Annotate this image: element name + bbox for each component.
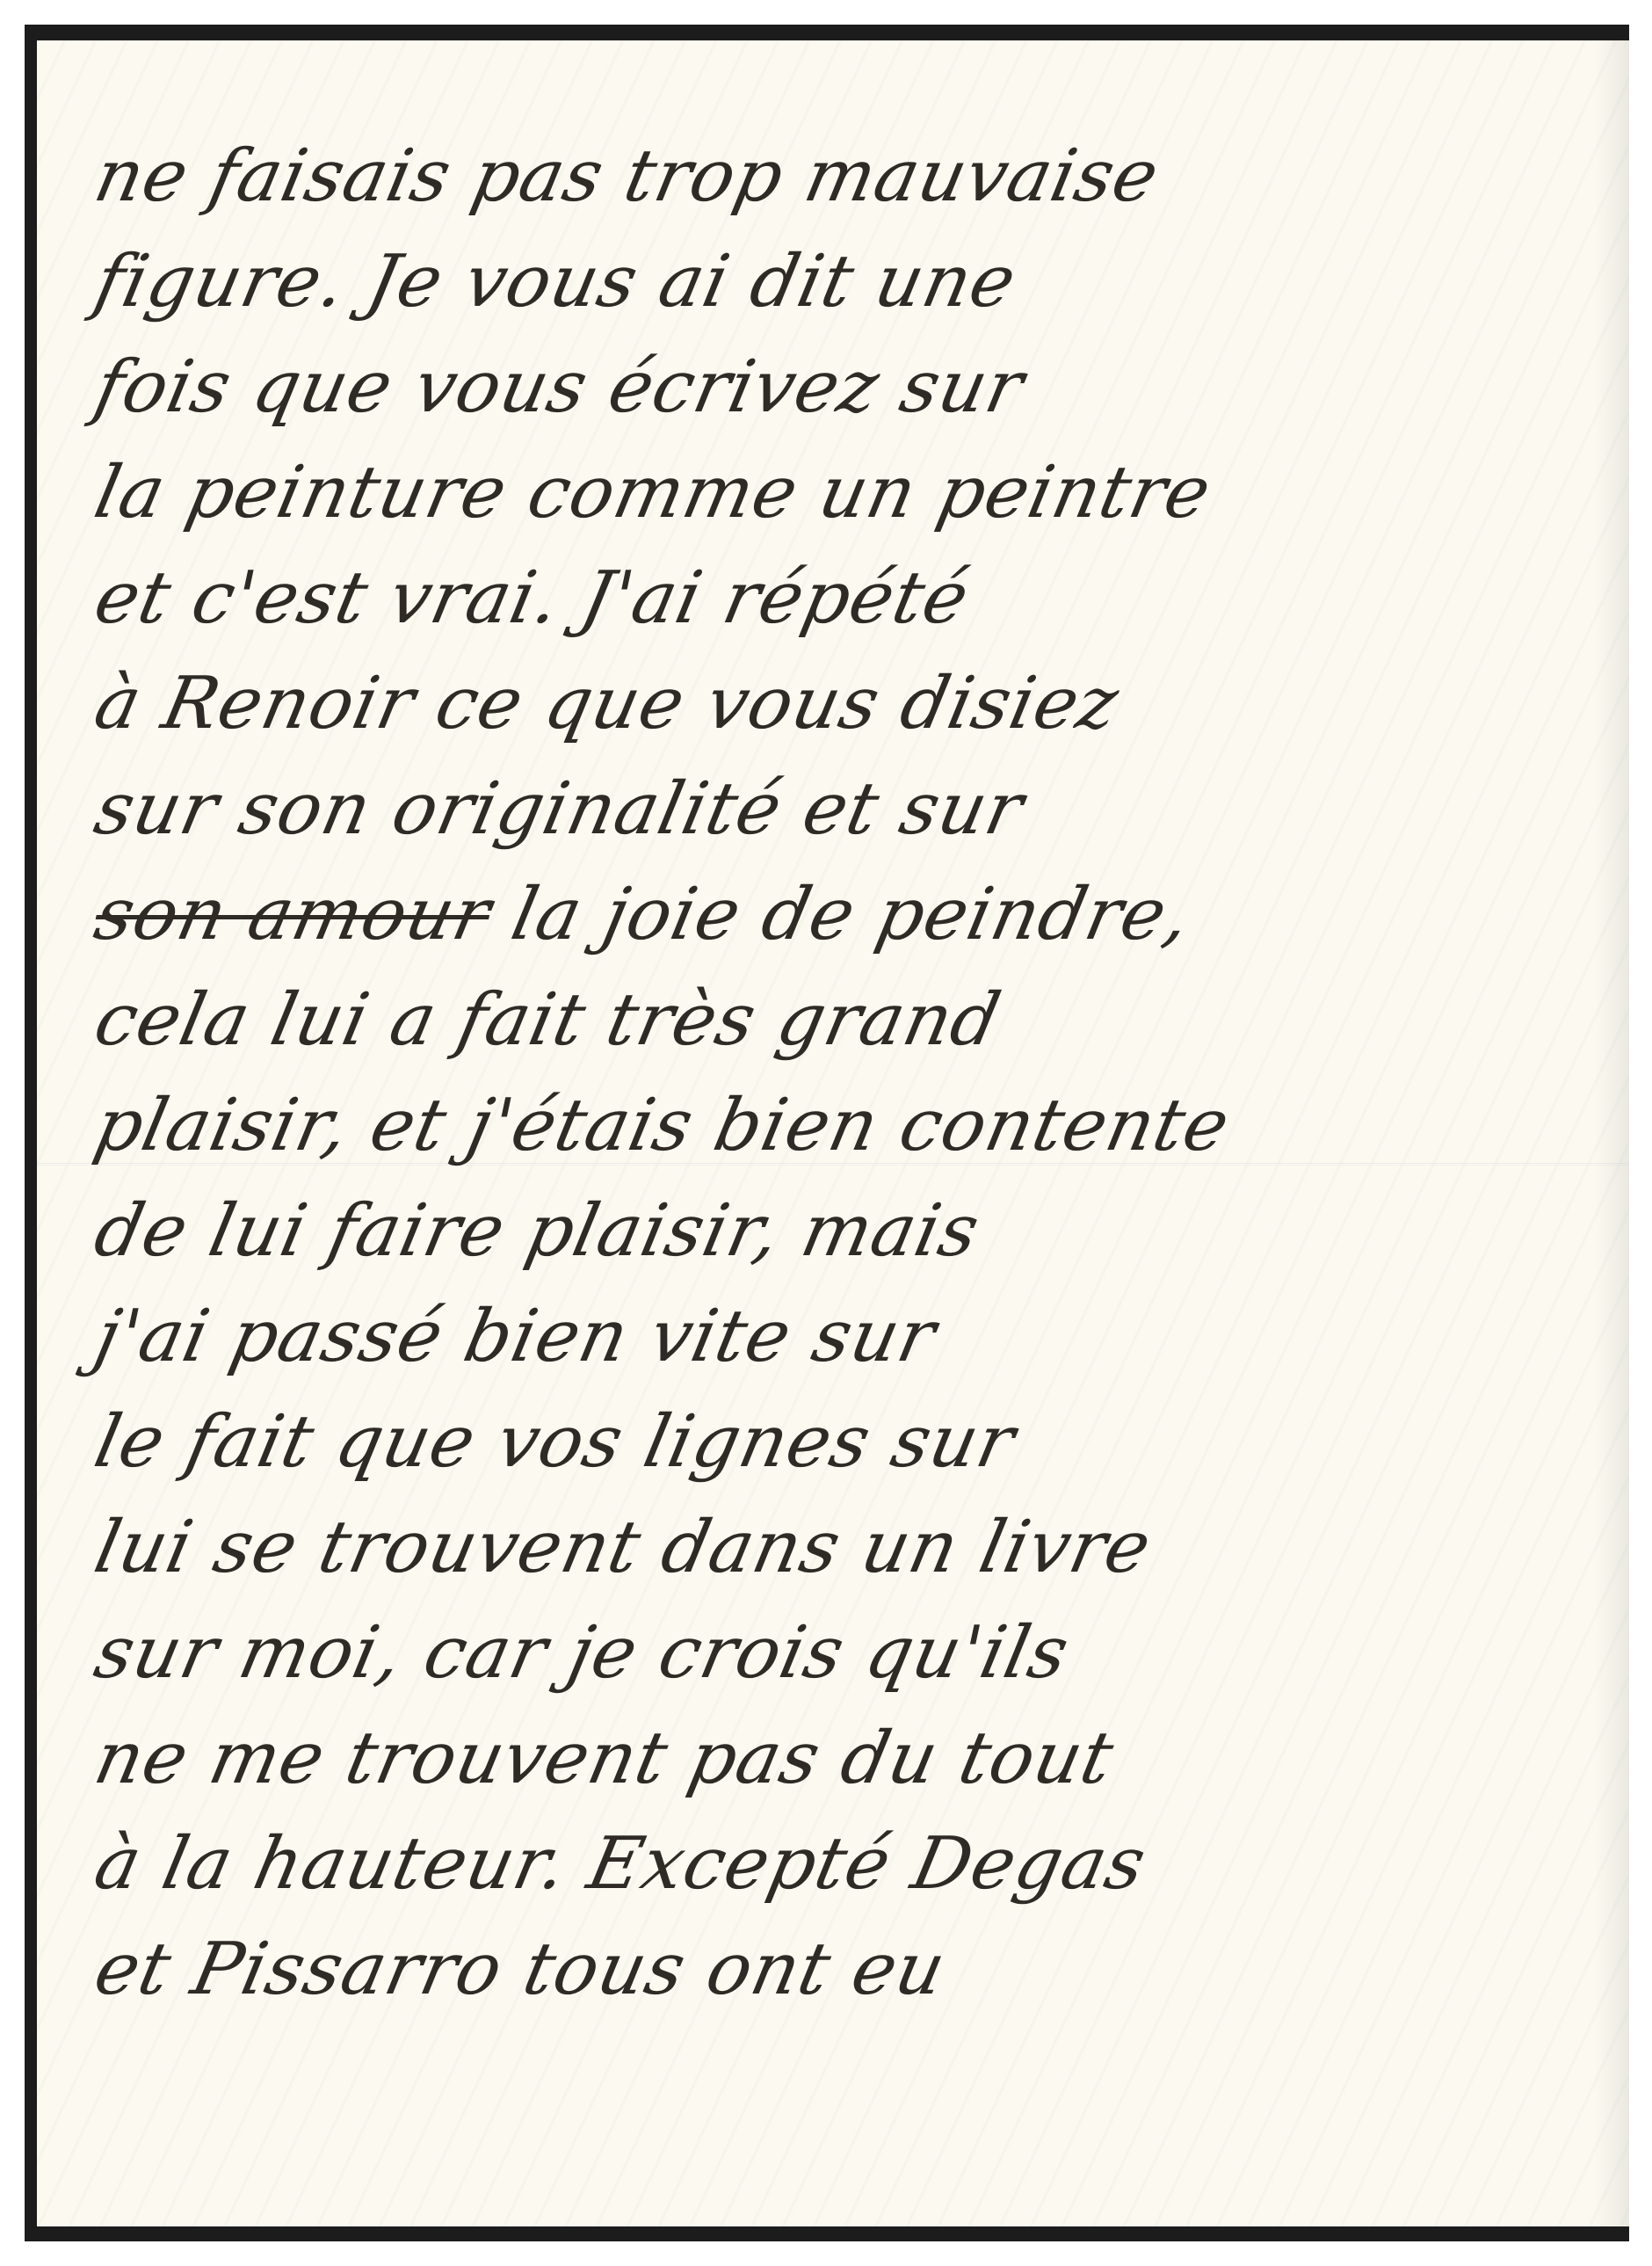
letter-line: figure. Je vous ai dit une bbox=[85, 229, 1599, 335]
letter-line: ne faisais pas trop mauvaise bbox=[85, 124, 1599, 229]
letter-line: sur son originalité et sur bbox=[85, 757, 1599, 862]
letter-line: fois que vous écrivez sur bbox=[85, 335, 1599, 440]
letter-line: de lui faire plaisir, mais bbox=[85, 1179, 1599, 1284]
letter-line: sur moi, car je crois qu'ils bbox=[85, 1601, 1599, 1706]
letter-body: ne faisais pas trop mauvaise figure. Je … bbox=[85, 124, 1576, 2023]
letter-line: à Renoir ce que vous disiez bbox=[85, 651, 1599, 757]
letter-line: j'ai passé bien vite sur bbox=[85, 1284, 1599, 1390]
line-text: la joie de peindre, bbox=[504, 873, 1198, 956]
letter-line: lui se trouvent dans un livre bbox=[85, 1495, 1599, 1601]
struck-out-text: son amour bbox=[88, 873, 499, 956]
letter-line: cela lui a fait très grand bbox=[85, 968, 1599, 1073]
letter-line: plaisir, et j'étais bien contente bbox=[85, 1073, 1599, 1179]
letter-line: la peinture comme un peintre bbox=[85, 440, 1599, 546]
letter-line: ne me trouvent pas du tout bbox=[85, 1706, 1599, 1812]
letter-page: ne faisais pas trop mauvaise figure. Je … bbox=[25, 25, 1629, 2241]
letter-line: son amour la joie de peindre, bbox=[85, 862, 1599, 968]
letter-line: et Pissarro tous ont eu bbox=[85, 1917, 1599, 2023]
letter-line: à la hauteur. Excepté Degas bbox=[85, 1812, 1599, 1917]
letter-line: le fait que vos lignes sur bbox=[85, 1390, 1599, 1495]
letter-line: et c'est vrai. J'ai répété bbox=[85, 546, 1599, 651]
